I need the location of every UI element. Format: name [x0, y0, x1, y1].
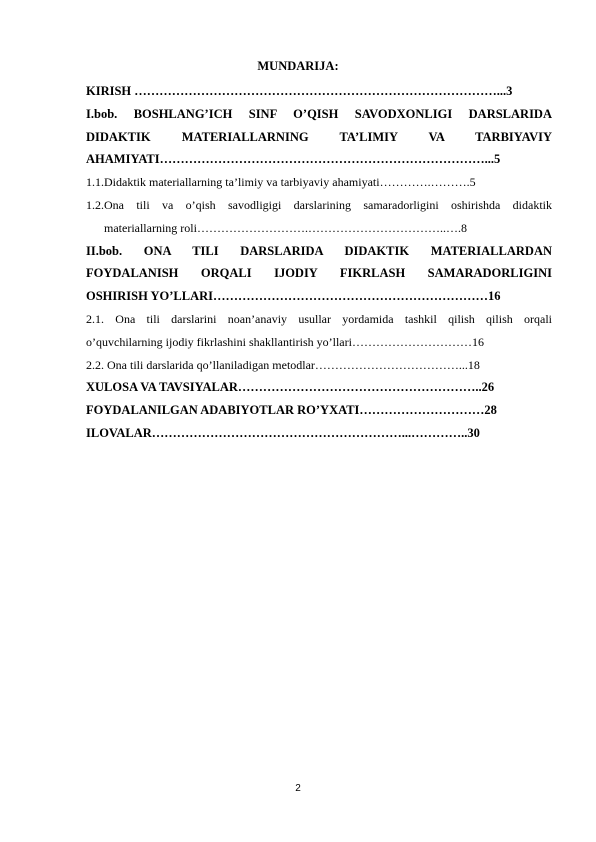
toc-title: MUNDARIJA:	[0, 59, 596, 74]
toc-entry-kirish[interactable]: KIRISH ……………………………………………………………………………...3	[86, 80, 552, 103]
toc-entry-1-2-line-2[interactable]: materiallarning roli……………………….……………………………	[86, 217, 552, 240]
toc-entry-chapter-1-line-2[interactable]: DIDAKTIK MATERIALLARNING TA’LIMIY VA TAR…	[86, 126, 552, 149]
toc-entry-2-1-line-2[interactable]: o’quvchilarning ijodiy fikrlashini shakl…	[86, 331, 552, 354]
toc-entry-2-1-line-1[interactable]: 2.1. Ona tili darslarini noan’anaviy usu…	[86, 308, 552, 331]
document-page: MUNDARIJA: KIRISH ……………………………………………………………	[0, 0, 596, 842]
table-of-contents: KIRISH ……………………………………………………………………………...3…	[86, 80, 552, 445]
toc-entry-chapter-2-line-2[interactable]: FOYDALANISH ORQALI IJODIY FIKRLASH SAMAR…	[86, 262, 552, 285]
toc-entry-1-1[interactable]: 1.1.Didaktik materiallarning ta’limiy va…	[86, 171, 552, 194]
toc-entry-ilovalar[interactable]: ILOVALAR……………………………………………………...…………..30	[86, 422, 552, 445]
toc-entry-xulosa[interactable]: XULOSA VA TAVSIYALAR………………………………………………….…	[86, 376, 552, 399]
page-number: 2	[0, 783, 596, 794]
toc-entry-chapter-1-line-3[interactable]: AHAMIYATI……………………………………………………………………...5	[86, 148, 552, 171]
toc-entry-2-2[interactable]: 2.2. Ona tili darslarida qo’llaniladigan…	[86, 354, 552, 377]
toc-entry-chapter-1-line-1[interactable]: I.bob. BOSHLANG’ICH SINF O’QISH SAVODXON…	[86, 103, 552, 126]
toc-entry-chapter-2-line-1[interactable]: II.bob. ONA TILI DARSLARIDA DIDAKTIK MAT…	[86, 240, 552, 263]
toc-entry-1-2-line-1[interactable]: 1.2.Ona tili va o’qish savodligigi darsl…	[86, 194, 552, 217]
toc-entry-chapter-2-line-3[interactable]: OSHIRISH YO’LLARI…………………………………………………………1…	[86, 285, 552, 308]
toc-entry-adabiyotlar[interactable]: FOYDALANILGAN ADABIYOTLAR RO’YXATI…………………	[86, 399, 552, 422]
